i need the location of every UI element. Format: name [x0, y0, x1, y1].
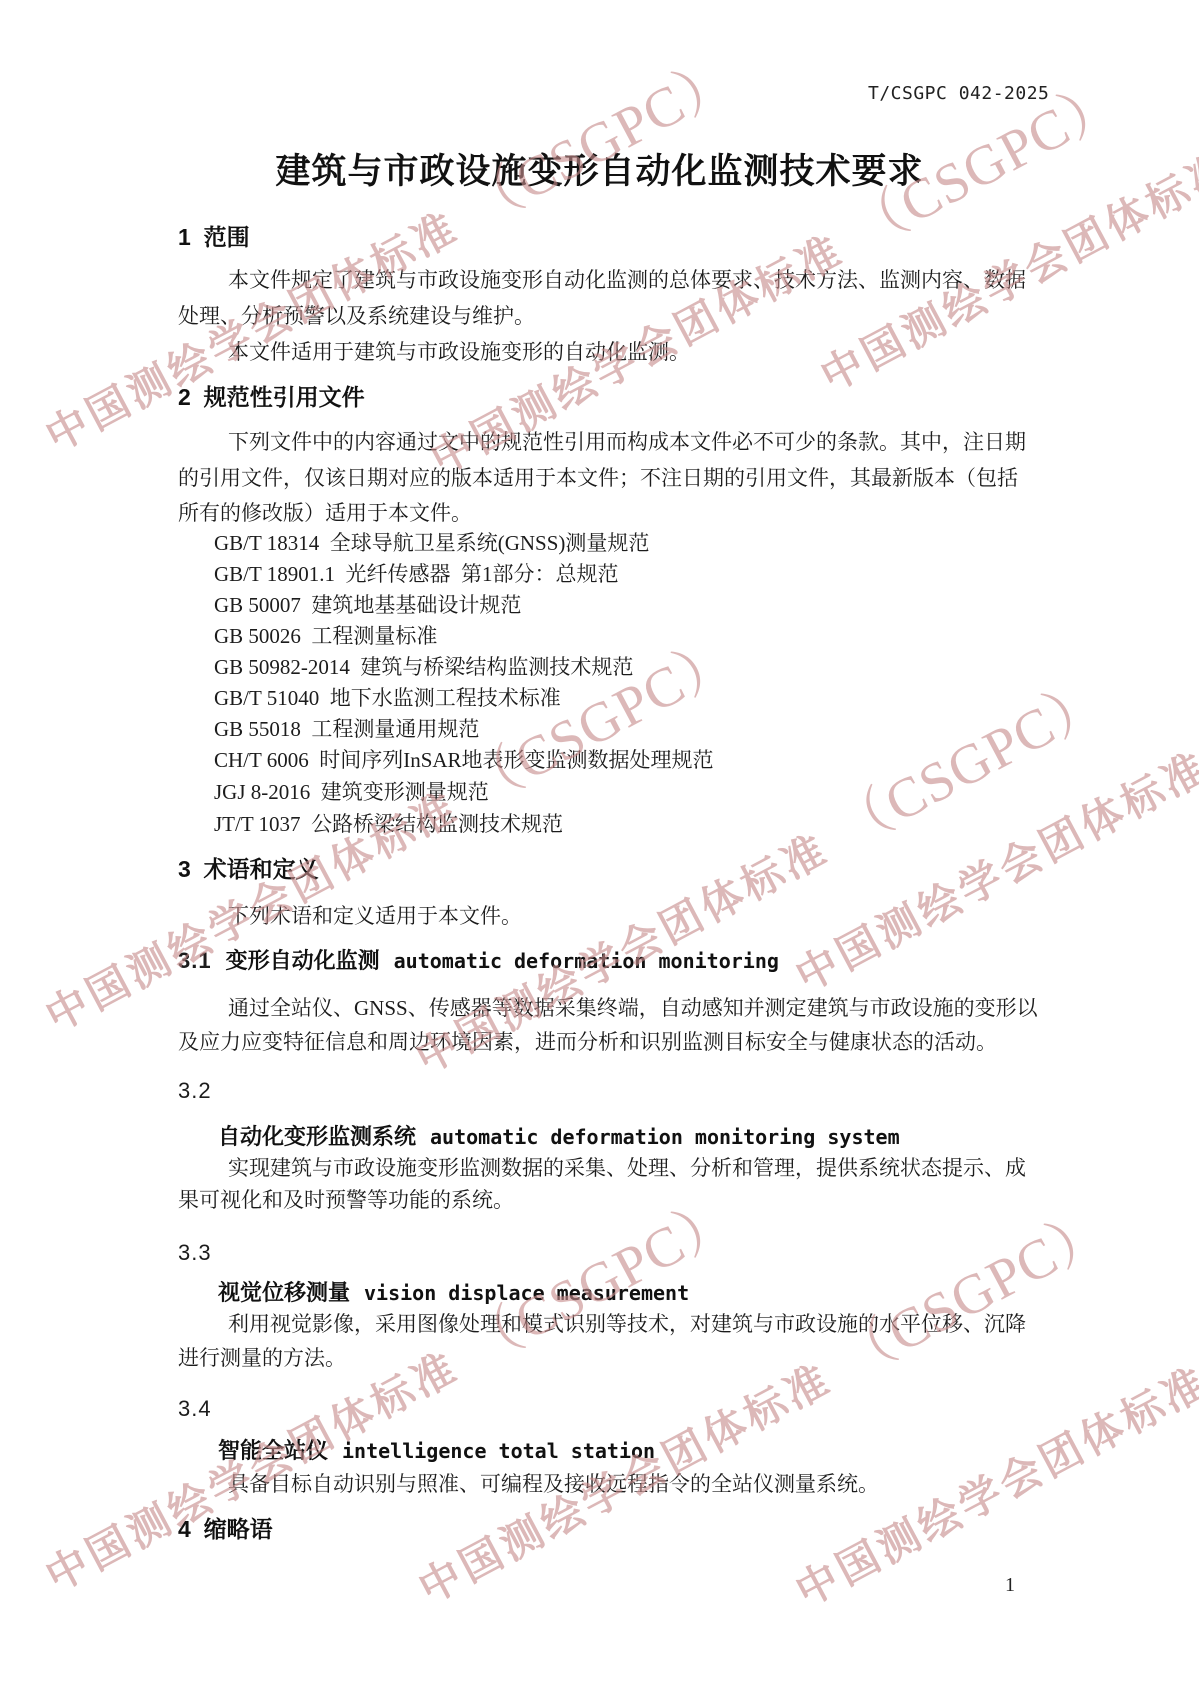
term-entry-3-2: 自动化变形监测系统automatic deformation monitorin…: [218, 1124, 900, 1149]
reference-item: JT/T 1037 公路桥梁结构监测技术规范: [214, 812, 563, 836]
watermark-text-cn: 中国测绘学会团体标准: [788, 743, 1199, 1000]
term-definition-line: 实现建筑与市政设施变形监测数据的采集、处理、分析和管理，提供系统状态提示、成: [228, 1156, 1026, 1180]
watermark-text-cn: 中国测绘学会团体标准: [38, 203, 466, 460]
reference-item: GB 50982-2014 建筑与桥梁结构监测技术规范: [214, 655, 633, 679]
term-definition-line: 通过全站仪、GNSS、传感器等数据采集终端，自动感知并测定建筑与市政设施的变形以: [228, 996, 1038, 1020]
doc-number: T/CSGPC 042-2025: [868, 84, 1049, 105]
watermark: 中国测绘学会团体标准（CSGPC）: [26, 33, 747, 467]
watermark: 中国测绘学会团体标准（CSGPC）: [776, 573, 1199, 1007]
term-definition-line: 具备目标自动识别与照准、可编程及接收远程指令的全站仪测量系统。: [228, 1472, 879, 1496]
watermark: 中国测绘学会团体标准（CSGPC）: [776, 1188, 1199, 1622]
section-heading-normative-references: 2 规范性引用文件: [178, 384, 365, 410]
term-definition-line: 利用视觉影像，采用图像处理和模式识别等技术，对建筑与市政设施的水平位移、沉降: [228, 1312, 1026, 1336]
watermark: 中国测绘学会团体标准（CSGPC）: [396, 655, 1117, 1089]
term-name-en: vision displace measurement: [364, 1281, 689, 1305]
section-heading-abbreviations: 4 缩略语: [178, 1516, 273, 1542]
watermark-text-en: （CSGPC）: [455, 45, 746, 239]
term-entry-3-3: 视觉位移测量vision displace measurement: [218, 1280, 689, 1305]
watermark: 中国测绘学会团体标准（CSGPC）: [801, 0, 1199, 407]
references-intro-line: 所有的修改版）适用于本文件。: [178, 501, 472, 525]
term-name-cn: 智能全站仪: [218, 1438, 328, 1463]
references-intro-line: 的引用文件，仅该日期对应的版本适用于本文件；不注日期的引用文件，其最新版本（包括: [178, 466, 1018, 490]
scope-paragraph-line: 本文件适用于建筑与市政设施变形的自动化监测。: [228, 340, 690, 364]
term-name-cn: 自动化变形监测系统: [218, 1124, 416, 1149]
reference-item: GB/T 18901.1 光纤传感器 第1部分：总规范: [214, 562, 618, 586]
term-name-en: automatic deformation monitoring system: [430, 1125, 900, 1149]
term-definition-line: 果可视化和及时预警等功能的系统。: [178, 1188, 514, 1212]
term-number: 3.4: [178, 1396, 212, 1421]
reference-item: JGJ 8-2016 建筑变形测量规范: [214, 780, 489, 804]
watermark: 中国测绘学会团体标准（CSGPC）: [26, 1173, 747, 1607]
reference-item: GB 50026 工程测量标准: [214, 624, 437, 648]
term-entry-3-1: 3.1 变形自动化监测automatic deformation monitor…: [178, 948, 779, 973]
page-title: 建筑与市政设施变形自动化监测技术要求: [0, 152, 1199, 192]
reference-item: GB/T 18314 全球导航卫星系统(GNSS)测量规范: [214, 531, 649, 555]
term-definition-line: 进行测量的方法。: [178, 1346, 346, 1370]
term-number: 3.2: [178, 1078, 212, 1103]
reference-item: GB 50007 建筑地基基础设计规范: [214, 593, 521, 617]
term-number: 3.1: [178, 948, 212, 973]
term-definition-line: 及应力应变特征信息和周边环境因素，进而分析和识别监测目标安全与健康状态的活动。: [178, 1030, 997, 1054]
term-number: 3.3: [178, 1240, 212, 1265]
watermark: 中国测绘学会团体标准（CSGPC）: [399, 1185, 1120, 1619]
terms-intro: 下列术语和定义适用于本文件。: [228, 904, 522, 928]
scope-paragraph-line: 本文件规定了建筑与市政设施变形自动化监测的总体要求、技术方法、监测内容、数据: [228, 268, 1026, 292]
page-number: 1: [1005, 1574, 1015, 1597]
watermark-text-en: （CSGPC）: [825, 667, 1116, 861]
term-name-en: automatic deformation monitoring: [394, 949, 779, 973]
references-intro-line: 下列文件中的内容通过文中的规范性引用而构成本文件必不可少的条款。其中，注日期: [228, 430, 1026, 454]
reference-item: GB 55018 工程测量通用规范: [214, 717, 479, 741]
scope-paragraph-line: 处理、分析预警以及系统建设与维护。: [178, 304, 535, 328]
term-entry-3-4: 智能全站仪intelligence total station: [218, 1438, 655, 1463]
document-page: 中国测绘学会团体标准（CSGPC） 中国测绘学会团体标准（CSGPC） 中国测绘…: [0, 0, 1199, 1696]
reference-item: GB/T 51040 地下水监测工程技术标准: [214, 686, 561, 710]
section-heading-terms: 3 术语和定义: [178, 856, 319, 882]
section-heading-scope: 1 范围: [178, 224, 250, 250]
term-name-cn: 视觉位移测量: [218, 1280, 350, 1305]
reference-item: CH/T 6006 时间序列InSAR地表形变监测数据处理规范: [214, 748, 714, 772]
term-name-cn: 变形自动化监测: [226, 948, 380, 973]
watermark-text-en: （CSGPC）: [828, 1197, 1119, 1391]
term-name-en: intelligence total station: [342, 1439, 655, 1463]
